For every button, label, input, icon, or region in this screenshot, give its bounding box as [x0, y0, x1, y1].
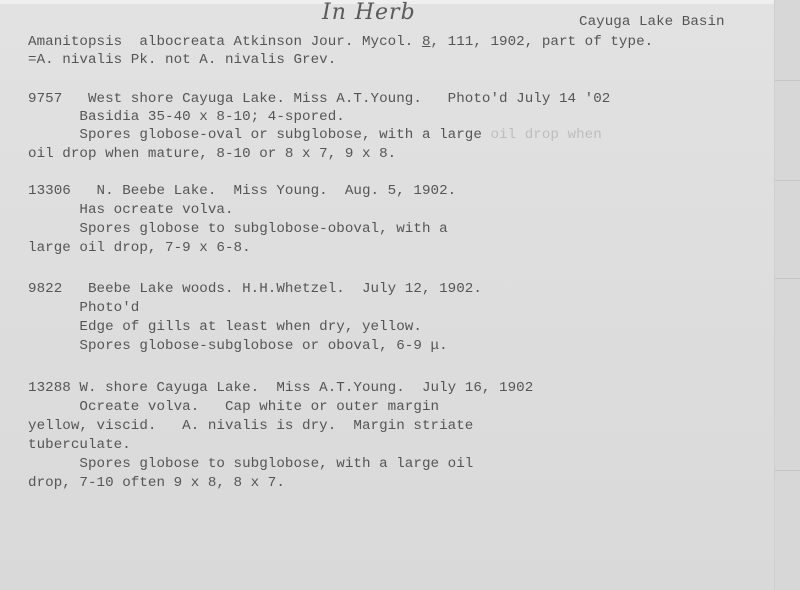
entry-header: 13288 W. shore Cayuga Lake. Miss A.T.You…	[28, 380, 533, 396]
entry-line: Has ocreate volva.	[28, 202, 234, 218]
species-citation: Amanitopsis albocreata Atkinson Jour. My…	[28, 34, 653, 50]
entry-line: tuberculate.	[28, 437, 131, 453]
entry-line: Spores globose to subglobose, with a lar…	[28, 456, 473, 472]
entry-line: Basidia 35-40 x 8-10; 4-spored.	[28, 109, 345, 125]
entry-header: 13306 N. Beebe Lake. Miss Young. Aug. 5,…	[28, 183, 456, 199]
synonym-line: =A. nivalis Pk. not A. nivalis Grev.	[28, 52, 336, 68]
entry-line: large oil drop, 7-9 x 6-8.	[28, 240, 251, 256]
entry-line: Ocreate volva. Cap white or outer margin	[28, 399, 439, 415]
entry-line: Spores globose to subglobose-oboval, wit…	[28, 221, 448, 237]
card-right-edge	[774, 0, 800, 590]
entry-header: 9822 Beebe Lake woods. H.H.Whetzel. July…	[28, 281, 482, 297]
volume-number: 8	[422, 34, 431, 50]
entry-line: Spores globose-subglobose or oboval, 6-9…	[28, 338, 448, 354]
entry-line: Photo'd	[28, 300, 139, 316]
entry-line: Edge of gills at least when dry, yellow.	[28, 319, 422, 335]
struck-text: oil drop when	[490, 127, 601, 143]
location-header: Cayuga Lake Basin	[579, 14, 725, 30]
handwritten-note: In Herb	[322, 0, 416, 25]
entry-line: oil drop when mature, 8-10 or 8 x 7, 9 x…	[28, 146, 396, 162]
entry-line: drop, 7-10 often 9 x 8, 8 x 7.	[28, 475, 285, 491]
entry-line: Spores globose-oval or subglobose, with …	[28, 127, 602, 143]
herbarium-card: In Herb Cayuga Lake Basin Amanitopsis al…	[0, 0, 800, 590]
entry-header: 9757 West shore Cayuga Lake. Miss A.T.Yo…	[28, 91, 610, 107]
entry-line: yellow, viscid. A. nivalis is dry. Margi…	[28, 418, 473, 434]
